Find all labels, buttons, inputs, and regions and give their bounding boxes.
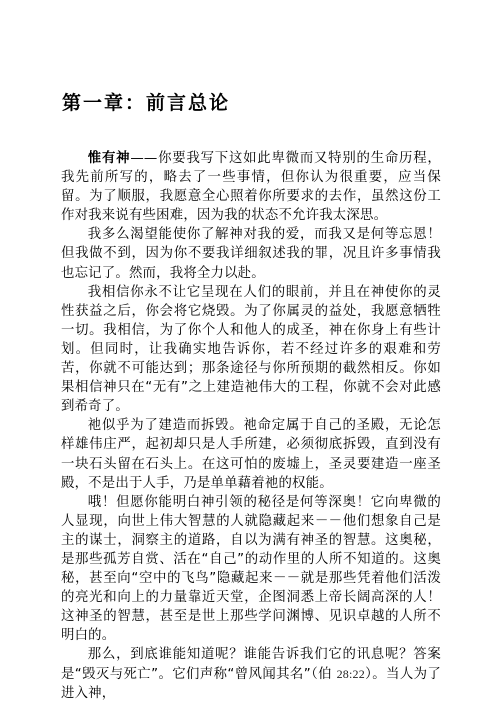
paragraph-3: 我相信你永不让它呈现在人们的眼前，并且在神使你的灵性获益之后，你会将它烧毁。为了…	[61, 283, 441, 417]
paragraph-6: 那么，到底谁能知道呢？谁能告诉我们它的讯息呢？答案是“毁灭与死亡”。它们声称“曾…	[61, 645, 441, 702]
document-page: 第一章：前言总论 惟有神——你要我写下这如此卑微而又特别的生命历程，我先前所写的…	[0, 0, 501, 711]
paragraph-text: 哦！但愿你能明白神引领的秘径是何等深奥！它向卑微的人显现，向世上伟大智慧的人就隐…	[61, 495, 441, 644]
paragraph-text: 我相信你永不让它呈现在人们的眼前，并且在神使你的灵性获益之后，你会将它烧毁。为了…	[61, 285, 441, 415]
paragraph-4: 祂似乎为了建造而拆毁。祂命定属于自己的圣殿，无论怎样雄伟庄严，起初却只是人手所建…	[61, 416, 441, 492]
body-text: 惟有神——你要我写下这如此卑微而又特别的生命历程，我先前所写的，略去了一些事情，…	[61, 149, 441, 703]
paragraph-2: 我多么渴望能使你了解神对我的爱，而我又是何等忘恩！但我做不到，因为你不要我详细叙…	[61, 225, 441, 282]
paragraph-text: 我多么渴望能使你了解神对我的爱，而我又是何等忘恩！但我做不到，因为你不要我详细叙…	[61, 227, 441, 280]
paragraph-lead-bold: 惟有神	[88, 151, 131, 166]
paragraph-5: 哦！但愿你能明白神引领的秘径是何等深奥！它向卑微的人显现，向世上伟大智慧的人就隐…	[61, 493, 441, 646]
scripture-reference: 28:22	[337, 667, 365, 681]
chapter-title: 第一章：前言总论	[62, 88, 230, 115]
paragraph-1: 惟有神——你要我写下这如此卑微而又特别的生命历程，我先前所写的，略去了一些事情，…	[61, 149, 441, 225]
paragraph-text: 祂似乎为了建造而拆毁。祂命定属于自己的圣殿，无论怎样雄伟庄严，起初却只是人手所建…	[61, 418, 441, 490]
